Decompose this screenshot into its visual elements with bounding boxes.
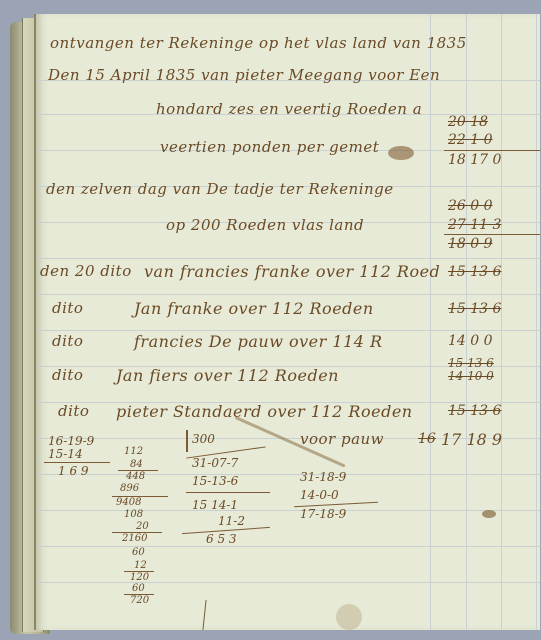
- column-rule: [430, 14, 431, 630]
- column-rule: [466, 14, 467, 630]
- calc-mult-4: 9408: [116, 497, 141, 508]
- entry-7-date: dito: [58, 402, 89, 420]
- entry-5-text: francies De pauw over 114 R: [134, 332, 383, 351]
- ruled-line: [36, 546, 540, 547]
- calc-middle-2: 15-13-6: [192, 474, 238, 488]
- entry-1-line-3: veertien ponden per gemet: [160, 138, 379, 156]
- entry-2-line-2: op 200 Roeden vlas land: [166, 216, 364, 234]
- ruled-line: [36, 582, 540, 583]
- ink-stain: [388, 146, 414, 160]
- ruled-line: [36, 330, 540, 331]
- calc-mult-3: 896: [120, 483, 139, 494]
- calc-middle-5: 6 5 3: [206, 532, 237, 546]
- entry-6-date: dito: [52, 366, 83, 384]
- ledger-page: ontvangen ter Rekeninge op het vlas land…: [34, 14, 540, 630]
- entry-4-amount: 15 13 6: [448, 301, 501, 317]
- entry-5-date: dito: [52, 332, 83, 350]
- entry-3-amount: 15 13 6: [448, 264, 501, 280]
- entry-1-amount-2: 22 1 0: [448, 132, 493, 148]
- entry-1-line-1: Den 15 April 1835 van pieter Meegang voo…: [48, 66, 440, 84]
- calc-middle-4: 11-2: [218, 514, 245, 528]
- entry-4-text: Jan franke over 112 Roeden: [134, 299, 374, 318]
- column-rule: [536, 14, 537, 630]
- calc-left-3: 1 6 9: [58, 464, 89, 478]
- calc-middle-3: 15 14-1: [192, 498, 238, 512]
- entry-1-amount-total: 18 17 0: [448, 152, 501, 168]
- entry-6-amount-2: 14 10 0: [448, 369, 494, 383]
- calc-mult-10: 120: [130, 572, 149, 583]
- entry-2-amount-2: 27 11 3: [448, 217, 501, 233]
- entry-4-date: dito: [52, 299, 83, 317]
- entry-6-amount: 15 13 6: [448, 356, 494, 370]
- entry-2-amount-3: 18 0 9: [448, 236, 493, 252]
- entry-7-amount: 15 13 6: [448, 403, 501, 419]
- entry-3-text: van francies franke over 112 Roed: [144, 262, 440, 281]
- summary-struck-value: 16: [418, 431, 436, 447]
- calc-mult-8: 60: [132, 547, 145, 558]
- ruled-line: [36, 258, 540, 259]
- calc-mult-6: 20: [136, 521, 149, 532]
- entry-2-line-1: den zelven dag van De tadje ter Rekening…: [46, 180, 394, 198]
- calc-middle-1: 31-07-7: [192, 456, 238, 470]
- entry-3-date: den 20 dito: [40, 262, 132, 280]
- calc-bracket-total: 300: [192, 432, 215, 446]
- entry-6-text: Jan fiers over 112 Roeden: [116, 366, 339, 385]
- ruled-line: [36, 474, 540, 475]
- entry-7-text: pieter Standaerd over 112 Roeden: [116, 402, 413, 421]
- sum-line: [444, 150, 540, 151]
- summary-value: 17 18 9: [441, 430, 502, 449]
- calc-left-2: 15-14: [48, 447, 83, 461]
- calc-left-1: 16-19-9: [48, 434, 94, 448]
- calc-mult-2: 448: [126, 471, 145, 482]
- entry-1-amount-1: 20 18: [448, 114, 488, 130]
- sum-line: [186, 492, 270, 493]
- ruled-line: [36, 294, 540, 295]
- ruled-line: [36, 510, 540, 511]
- calc-mult-5: 108: [124, 509, 143, 520]
- entry-5-amount: 14 0 0: [448, 333, 493, 349]
- sum-line: [444, 234, 540, 235]
- calc-mult-0: 112: [124, 446, 143, 457]
- pen-mark: [202, 600, 206, 630]
- calc-right-2: 14-0-0: [300, 488, 339, 502]
- calc-mult-11: 60: [132, 583, 145, 594]
- calc-mult-1: 84: [130, 459, 143, 470]
- calc-right-3: 17-18-9: [300, 507, 346, 521]
- column-rule: [501, 14, 502, 630]
- water-stain: [336, 604, 362, 630]
- entry-1-line-2: hondard zes en veertig Roeden a: [156, 100, 422, 118]
- ledger-heading: ontvangen ter Rekeninge op het vlas land…: [50, 34, 467, 52]
- calc-mult-12: 720: [130, 595, 149, 606]
- calc-mult-9: 12: [134, 560, 147, 571]
- entry-2-amount-1: 26 0 0: [448, 198, 493, 214]
- sum-line: [44, 462, 110, 463]
- calc-mult-7: 2160: [122, 533, 147, 544]
- summary-label: voor pauw: [300, 430, 384, 448]
- ink-blot: [482, 510, 496, 518]
- calc-right-1: 31-18-9: [300, 470, 346, 484]
- bracket-mark: [186, 430, 188, 452]
